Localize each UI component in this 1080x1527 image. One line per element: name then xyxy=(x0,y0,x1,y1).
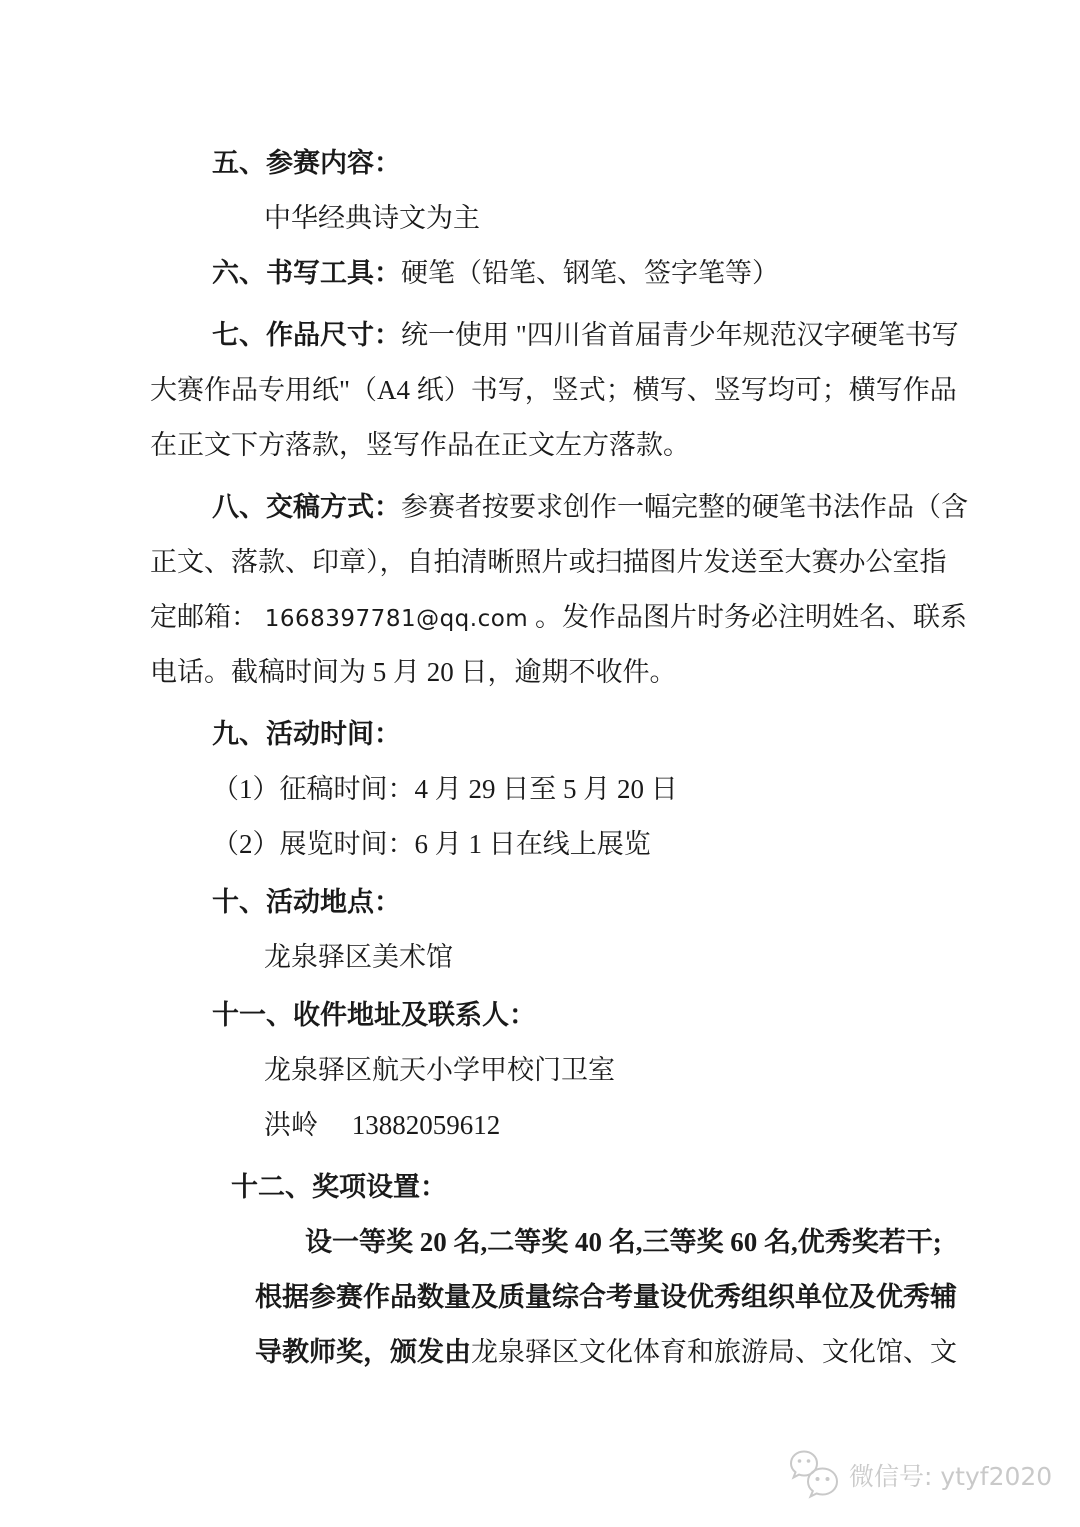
text-line: 十一、收件地址及联系人： xyxy=(150,988,1010,1043)
text-line: 七、作品尺寸：统一使用 "四川省首届青少年规范汉字硬笔书写 xyxy=(150,308,1010,363)
text-segment: 统一使用 "四川省首届青少年规范汉字硬笔书写 xyxy=(401,320,959,350)
text-line: 龙泉驿区美术馆 xyxy=(150,930,1010,985)
text-segment: 洪岭 13882059612 xyxy=(264,1110,500,1140)
text-line: 设一等奖 20 名,二等奖 40 名,三等奖 60 名,优秀奖若干; xyxy=(150,1215,1010,1270)
text-segment: 定邮箱： xyxy=(150,602,265,632)
text-line: 根据参赛作品数量及质量综合考量设优秀组织单位及优秀辅 xyxy=(150,1270,1010,1325)
text-segment: 。发作品图片时务必注明姓名、联系 xyxy=(528,602,967,632)
text-segment: 十、活动地点： xyxy=(212,887,401,917)
text-line: 五、参赛内容： xyxy=(150,136,1010,191)
text-segment: 八、交稿方式： xyxy=(212,492,401,522)
text-line: 导教师奖，颁发由龙泉驿区文化体育和旅游局、文化馆、文 xyxy=(150,1325,1010,1380)
text-segment: （1）征稿时间：4 月 29 日至 5 月 20 日 xyxy=(212,774,678,804)
text-segment: 电话。截稿时间为 5 月 20 日，逾期不收件。 xyxy=(150,657,677,687)
text-segment: 大赛作品专用纸"（A4 纸）书写，竖式；横写、竖写均可；横写作品 xyxy=(150,375,957,405)
text-segment: 正文、落款、印章），自拍清晰照片或扫描图片发送至大赛办公室指 xyxy=(150,547,947,577)
text-segment: 硬笔（铅笔、钢笔、签字笔等） xyxy=(401,258,779,288)
text-segment: 设一等奖 20 名,二等奖 40 名,三等奖 60 名,优秀奖若干; xyxy=(305,1227,942,1257)
text-line: （2）展览时间：6 月 1 日在线上展览 xyxy=(150,817,1010,872)
wechat-watermark: 微信号: ytyf2020 xyxy=(786,1448,1052,1502)
text-segment: 六、书写工具： xyxy=(212,258,401,288)
text-segment: 十一、收件地址及联系人： xyxy=(212,1000,536,1030)
text-line: 正文、落款、印章），自拍清晰照片或扫描图片发送至大赛办公室指 xyxy=(150,535,1010,590)
text-line: 十二、奖项设置： xyxy=(150,1160,1010,1215)
text-segment: 根据参赛作品数量及质量综合考量设优秀组织单位及优秀辅 xyxy=(255,1282,957,1312)
text-segment: 十二、奖项设置： xyxy=(231,1172,447,1202)
text-line: 电话。截稿时间为 5 月 20 日，逾期不收件。 xyxy=(150,645,1010,700)
text-segment: 五、参赛内容： xyxy=(212,148,401,178)
text-line: 六、书写工具：硬笔（铅笔、钢笔、签字笔等） xyxy=(150,246,1010,301)
text-segment: 参赛者按要求创作一幅完整的硬笔书法作品（含 xyxy=(401,492,968,522)
text-segment: 中华经典诗文为主 xyxy=(264,203,480,233)
text-segment: 九、活动时间： xyxy=(212,719,401,749)
text-line: 十、活动地点： xyxy=(150,875,1010,930)
text-line: 龙泉驿区航天小学甲校门卫室 xyxy=(150,1043,1010,1098)
text-segment: 龙泉驿区美术馆 xyxy=(264,942,453,972)
text-line: 九、活动时间： xyxy=(150,707,1010,762)
wechat-icon xyxy=(786,1448,842,1502)
text-segment: 导教师奖，颁发由 xyxy=(255,1337,471,1367)
text-segment: 龙泉驿区航天小学甲校门卫室 xyxy=(264,1055,615,1085)
text-line: （1）征稿时间：4 月 29 日至 5 月 20 日 xyxy=(150,762,1010,817)
text-line: 大赛作品专用纸"（A4 纸）书写，竖式；横写、竖写均可；横写作品 xyxy=(150,363,1010,418)
text-line: 洪岭 13882059612 xyxy=(150,1098,1010,1153)
text-segment: 在正文下方落款，竖写作品在正文左方落款。 xyxy=(150,430,690,460)
text-line: 在正文下方落款，竖写作品在正文左方落款。 xyxy=(150,418,1010,473)
document-body: 五、参赛内容：中华经典诗文为主六、书写工具：硬笔（铅笔、钢笔、签字笔等）七、作品… xyxy=(150,136,1010,1380)
email-text: 1668397781@qq.com xyxy=(265,606,528,632)
text-segment: （2）展览时间：6 月 1 日在线上展览 xyxy=(212,829,651,859)
text-line: 定邮箱： 1668397781@qq.com 。发作品图片时务必注明姓名、联系 xyxy=(150,590,1010,645)
text-segment: 龙泉驿区文化体育和旅游局、文化馆、文 xyxy=(471,1337,957,1367)
text-segment: 七、作品尺寸： xyxy=(212,320,401,350)
text-line: 中华经典诗文为主 xyxy=(150,191,1010,246)
wechat-id-label: 微信号: ytyf2020 xyxy=(849,1457,1052,1493)
document-page: 五、参赛内容：中华经典诗文为主六、书写工具：硬笔（铅笔、钢笔、签字笔等）七、作品… xyxy=(0,0,1080,1527)
text-line: 八、交稿方式：参赛者按要求创作一幅完整的硬笔书法作品（含 xyxy=(150,480,1010,535)
